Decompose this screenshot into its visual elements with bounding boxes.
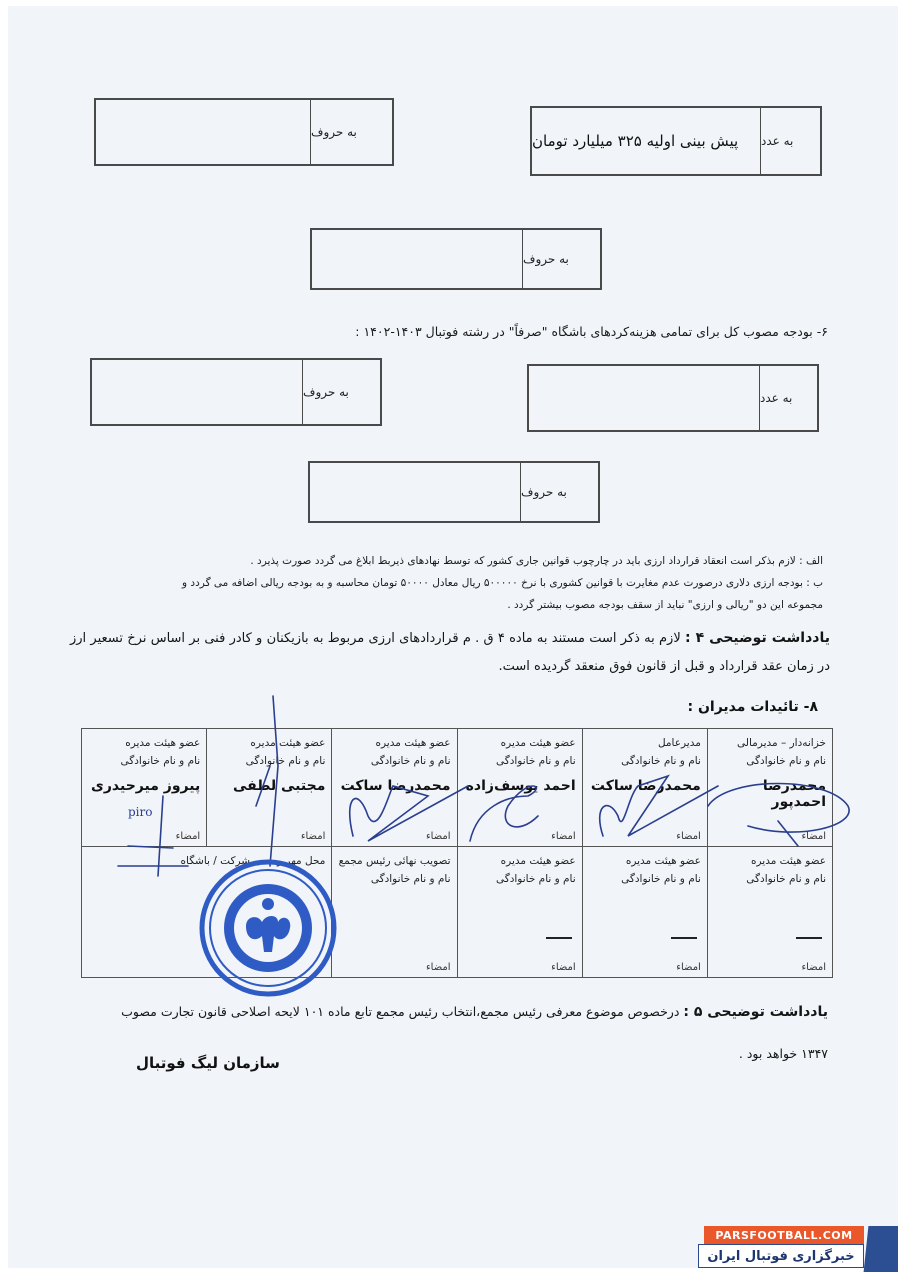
watermark-site: PARSFOOTBALL.COM bbox=[704, 1226, 864, 1244]
note5-title: یادداشت توضیحی ۵ : bbox=[683, 1004, 828, 1020]
note5-text: درخصوص موضوع معرفی رئیس مجمع،انتخاب رئیس… bbox=[121, 1004, 679, 1019]
handwritten-signatures: piro bbox=[8, 6, 898, 1268]
official-stamp-icon bbox=[198, 858, 338, 998]
football-player-icon bbox=[864, 1226, 898, 1272]
watermark-tagline: خبرگزاری فوتبال ایران bbox=[698, 1244, 864, 1268]
document-page: به عدد پیش بینی اولیه ۳۲۵ میلیارد تومان … bbox=[8, 6, 898, 1268]
parsfootball-watermark: PARSFOOTBALL.COM خبرگزاری فوتبال ایران bbox=[698, 1224, 898, 1272]
organization-name: سازمان لیگ فوتبال bbox=[136, 1054, 280, 1072]
initials-scribble: piro bbox=[128, 805, 152, 819]
